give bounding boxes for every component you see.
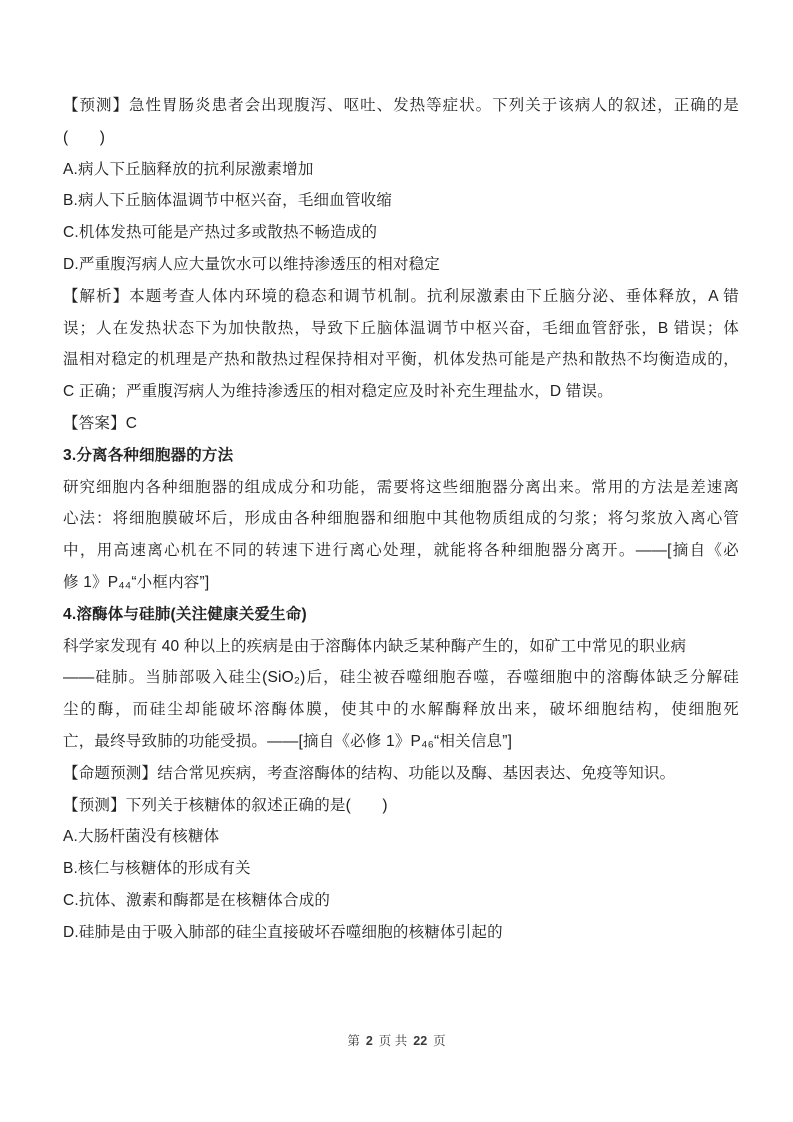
section4-exam-tip: 【命题预测】结合常见疾病，考查溶酶体的结构、功能以及酶、基因表达、免疫等知识。 [63,758,739,790]
q4-prediction-line: 【预测】下列关于核糖体的叙述正确的是( ) [63,790,739,822]
section4-body-line-4: 亡，最终导致肺的功能受损。——[摘自《必修 1》P₄₆“相关信息”] [63,726,739,758]
section3-body-line-1: 研究细胞内各种细胞器的组成成分和功能，需要将这些细胞器分离出来。常用的方法是差速… [63,472,739,504]
section3-body-line-4: 修 1》P₄₄“小框内容”] [63,567,739,599]
page-footer: 第2页 共22页 [0,1031,793,1049]
footer-suffix: 页 [433,1034,446,1048]
section4-body-line-2: ——硅肺。当肺部吸入硅尘(SiO₂)后，硅尘被吞噬细胞吞噬，吞噬细胞中的溶酶体缺… [63,662,739,694]
section3-body-line-3: 中，用高速离心机在不同的转速下进行离心处理，就能将各种细胞器分离开。——[摘自《… [63,535,739,567]
q2-analysis-line-1: 【解析】本题考查人体内环境的稳态和调节机制。抗利尿激素由下丘脑分泌、垂体释放，A… [63,281,739,313]
q2-answer: 【答案】C [63,408,739,440]
section4-heading: 4.溶酶体与硅肺(关注健康关爱生命) [63,599,739,631]
page-content: 【预测】急性胃肠炎患者会出现腹泻、呕吐、发热等症状。下列关于该病人的叙述，正确的… [63,90,739,949]
q2-analysis-line-2: 误；人在发热状态下为加快散热，导致下丘脑体温调节中枢兴奋，毛细血管舒张，B 错误… [63,313,739,345]
q2-analysis-line-4: C 正确；严重腹泻病人为维持渗透压的相对稳定应及时补充生理盐水，D 错误。 [63,376,739,408]
q2-prediction-line: 【预测】急性胃肠炎患者会出现腹泻、呕吐、发热等症状。下列关于该病人的叙述，正确的… [63,90,739,122]
footer-page-number: 2 [366,1034,373,1048]
q2-analysis-line-3: 温相对稳定的机理是产热和散热过程保持相对平衡，机体发热可能是产热和散热不均衡造成… [63,344,739,376]
footer-total-pages: 22 [413,1034,427,1048]
section4-body-line-3: 尘的酶，而硅尘却能破坏溶酶体膜，使其中的水解酶释放出来，破坏细胞结构，使细胞死 [63,694,739,726]
q2-option-a: A.病人下丘脑释放的抗利尿激素增加 [63,154,739,186]
q4-option-a: A.大肠杆菌没有核糖体 [63,821,739,853]
q2-option-b: B.病人下丘脑体温调节中枢兴奋，毛细血管收缩 [63,185,739,217]
section3-body-line-2: 心法：将细胞膜破坏后，形成由各种细胞器和细胞中其他物质组成的匀浆；将匀浆放入离心… [63,503,739,535]
q2-option-d: D.严重腹泻病人应大量饮水可以维持渗透压的相对稳定 [63,249,739,281]
document-page: 【预测】急性胃肠炎患者会出现腹泻、呕吐、发热等症状。下列关于该病人的叙述，正确的… [0,0,793,1122]
section4-body-line-1: 科学家发现有 40 种以上的疾病是由于溶酶体内缺乏某种酶产生的，如矿工中常见的职… [63,631,739,663]
footer-prefix: 第 [347,1034,360,1048]
q4-option-d: D.硅肺是由于吸入肺部的硅尘直接破坏吞噬细胞的核糖体引起的 [63,917,739,949]
section3-heading: 3.分离各种细胞器的方法 [63,440,739,472]
q4-option-b: B.核仁与核糖体的形成有关 [63,853,739,885]
footer-middle: 页 共 [379,1034,407,1048]
q2-answer-blank-parens: ( ) [63,122,739,154]
q2-option-c: C.机体发热可能是产热过多或散热不畅造成的 [63,217,739,249]
q4-option-c: C.抗体、激素和酶都是在核糖体合成的 [63,885,739,917]
